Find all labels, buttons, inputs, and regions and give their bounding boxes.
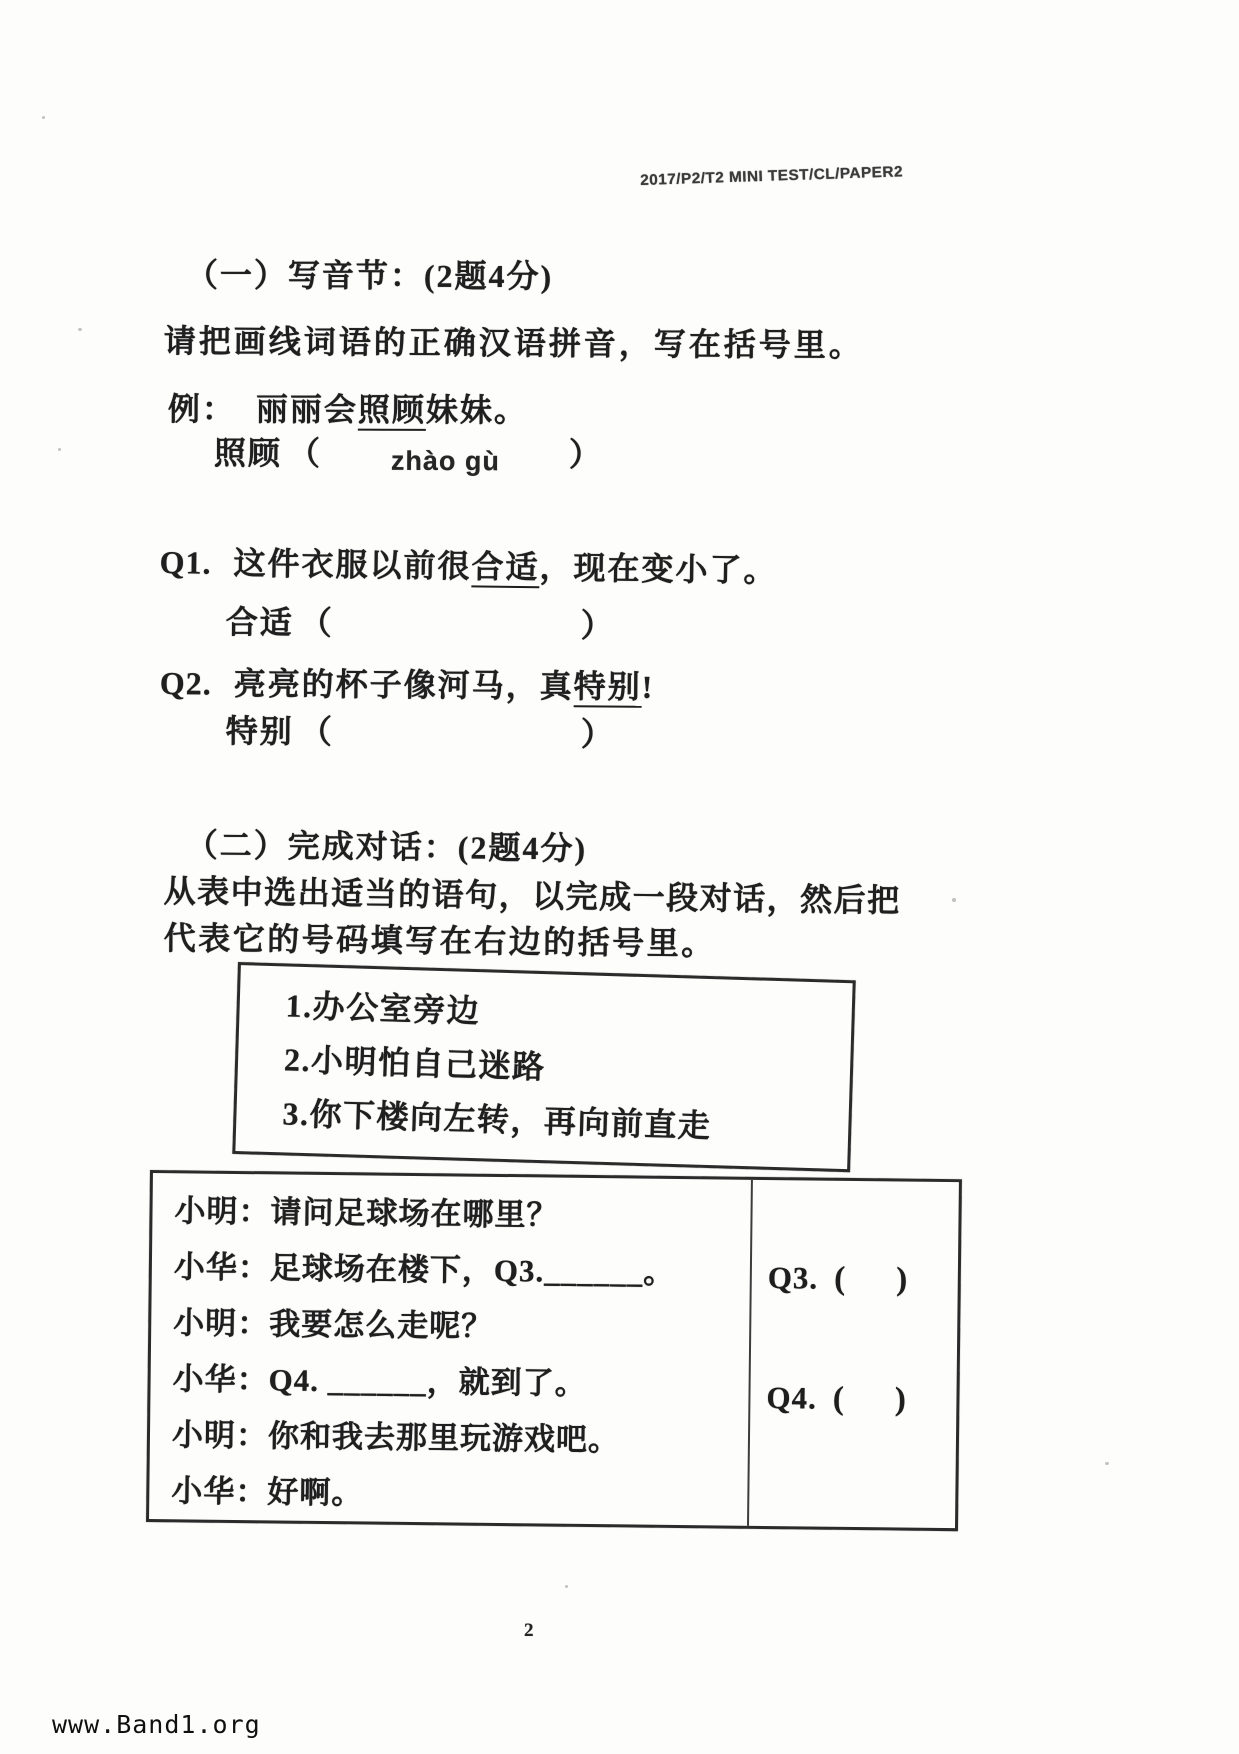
answer-slot-q3: Q3.() bbox=[768, 1260, 909, 1299]
paren-open: ( bbox=[833, 1381, 845, 1417]
dialog-line-4: 小华：Q4. ______，就到了。 bbox=[172, 1351, 749, 1414]
scan-speck bbox=[58, 448, 61, 451]
question1-post: ，现在变小了。 bbox=[539, 549, 777, 588]
example-answer-word: 照顾 bbox=[214, 428, 282, 474]
example-sentence: 例：丽丽会照顾妹妹。 bbox=[168, 384, 528, 431]
answer-slot-q4: Q4.() bbox=[766, 1380, 907, 1419]
scan-speck bbox=[565, 1585, 568, 1588]
scanned-test-page: 2017/P2/T2 MINI TEST/CL/PAPER2 （一）写音节：(2… bbox=[0, 0, 1239, 1754]
question2-sentence: Q2.亮亮的杯子像河马，真特别! bbox=[160, 658, 655, 708]
question1-underlined-word: 合适 bbox=[471, 548, 540, 588]
question2-post: ! bbox=[642, 669, 655, 705]
question2-underlined-word: 特别 bbox=[574, 668, 642, 708]
question2-pre: 亮亮的杯子像河马，真 bbox=[234, 666, 574, 705]
dialog-line-6: 小华：好啊。 bbox=[171, 1463, 748, 1526]
paper-header-code: 2017/P2/T2 MINI TEST/CL/PAPER2 bbox=[640, 163, 903, 189]
paren-close: ） bbox=[581, 709, 615, 755]
example-sentence-post: 妹妹。 bbox=[426, 392, 528, 428]
answers-column: Q3.() Q4.() bbox=[751, 1180, 959, 1528]
scan-speck bbox=[42, 116, 45, 119]
question1-sentence: Q1.这件衣服以前很合适，现在变小了。 bbox=[159, 537, 778, 592]
question2-answer-blank bbox=[340, 753, 575, 755]
example-answer-row: 照顾 （ zhào gù ） bbox=[214, 428, 609, 476]
question2-answer-word: 特别 bbox=[226, 706, 294, 753]
dialog-line-2: 小华：足球场在楼下，Q3.______。 bbox=[174, 1239, 751, 1302]
question2-answer-row: 特别 （ ） bbox=[226, 706, 621, 755]
page-number: 2 bbox=[524, 1620, 534, 1642]
dialog-table: 小明：请问足球场在哪里？ 小华：足球场在楼下，Q3.______。 小明：我要怎… bbox=[146, 1170, 962, 1531]
scan-speck bbox=[1105, 1462, 1109, 1465]
scan-speck bbox=[78, 328, 82, 331]
paren-close: ） bbox=[581, 600, 615, 646]
paren-open: ( bbox=[834, 1261, 846, 1297]
dialog-line-1: 小明：请问足球场在哪里？ bbox=[174, 1183, 751, 1246]
scan-speck bbox=[952, 898, 956, 902]
paren-close: ) bbox=[896, 1261, 908, 1297]
paren-open: （ bbox=[300, 598, 334, 644]
section1-title: （一）写音节：(2题4分) bbox=[186, 250, 553, 297]
example-sentence-pre: 丽丽会 bbox=[256, 391, 358, 427]
paren-close: ） bbox=[569, 430, 603, 476]
example-label: 例： bbox=[168, 391, 236, 427]
question1-answer-blank bbox=[340, 644, 575, 646]
section2-title: （二）完成对话：(2题4分) bbox=[186, 820, 588, 870]
dialog-column: 小明：请问足球场在哪里？ 小华：足球场在楼下，Q3.______。 小明：我要怎… bbox=[149, 1173, 753, 1526]
question1-answer-word: 合适 bbox=[226, 597, 294, 644]
q3-answer-blank bbox=[846, 1289, 896, 1290]
question2-id: Q2. bbox=[160, 665, 212, 701]
paren-open: （ bbox=[300, 707, 334, 753]
question1-pre: 这件衣服以前很 bbox=[233, 545, 471, 584]
dialog-line-5: 小明：你和我去那里玩游戏吧。 bbox=[172, 1407, 749, 1470]
options-box: 1.办公室旁边 2.小明怕自己迷路 3.你下楼向左转，再向前直走 bbox=[232, 962, 855, 1172]
section1-instruction: 请把画线词语的正确汉语拼音，写在括号里。 bbox=[164, 316, 864, 366]
question1-id: Q1. bbox=[159, 544, 211, 581]
paren-open: （ bbox=[288, 428, 322, 474]
q3-label: Q3. bbox=[768, 1260, 819, 1296]
question1-answer-row: 合适 （ ） bbox=[226, 597, 621, 647]
example-underlined-word: 照顾 bbox=[358, 392, 426, 431]
paren-close: ) bbox=[895, 1381, 907, 1417]
dialog-line-3: 小明：我要怎么走呢？ bbox=[173, 1295, 750, 1358]
section2-instruction-line2: 代表它的号码填写在右边的括号里。 bbox=[164, 913, 716, 965]
q4-answer-blank bbox=[845, 1409, 895, 1410]
footer-url: www.Band1.org bbox=[52, 1710, 261, 1739]
example-answer-pinyin: zhào gù bbox=[328, 445, 563, 477]
q4-label: Q4. bbox=[766, 1380, 817, 1416]
